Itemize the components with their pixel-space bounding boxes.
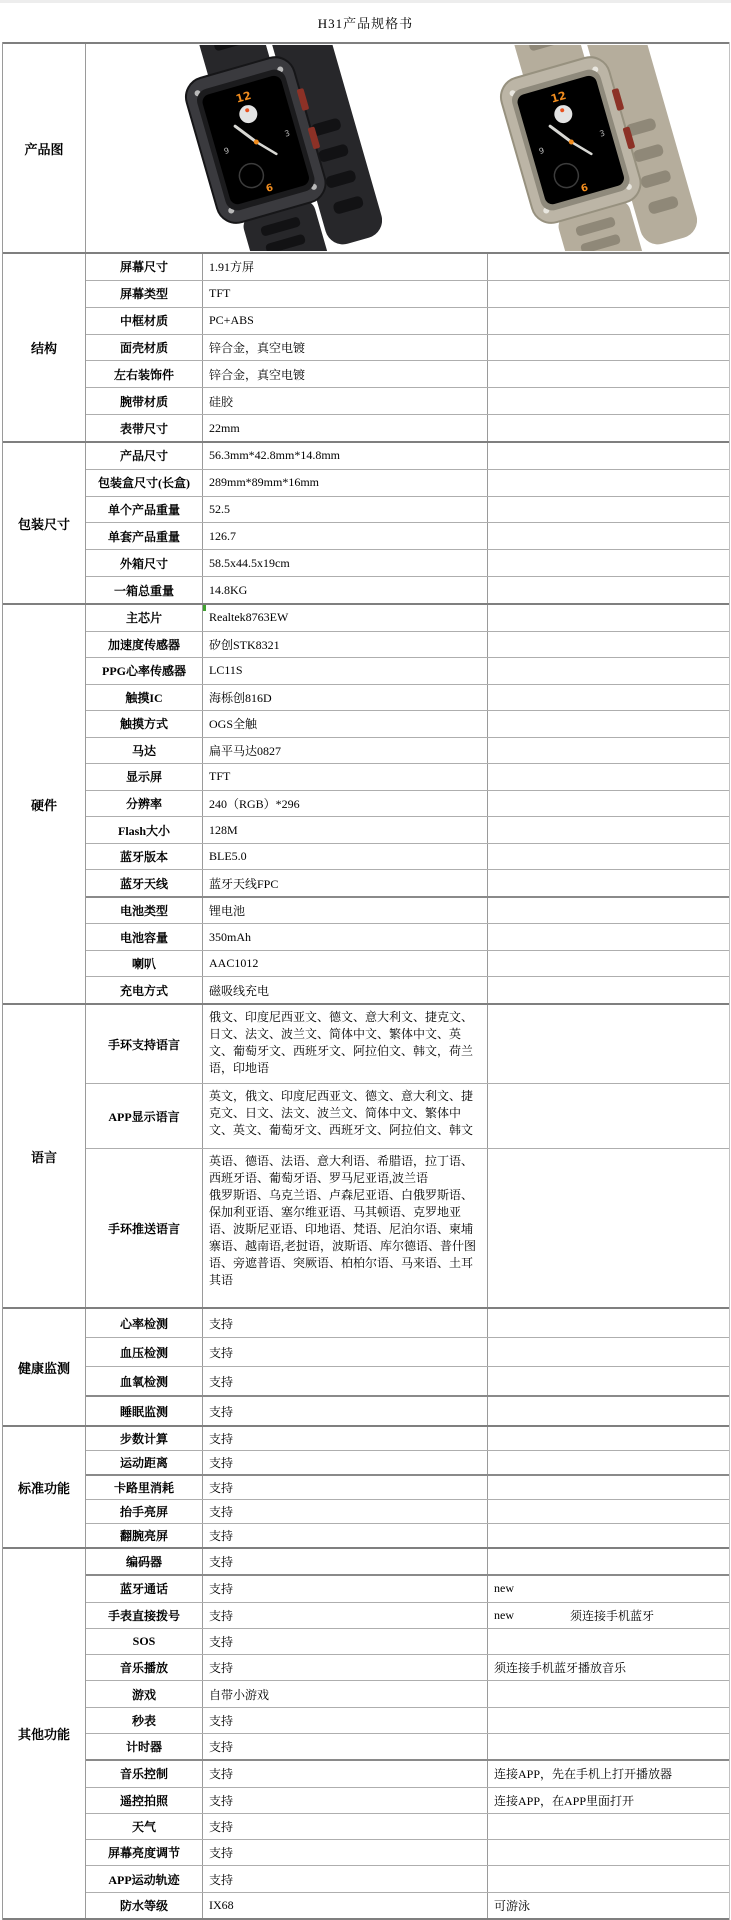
spec-note [488, 1708, 729, 1733]
section-row-5: 健康监测心率检测支持血压检测支持血氧检测支持睡眠监测支持 [3, 1307, 729, 1425]
spec-value: IX68 [203, 1893, 488, 1918]
spec-note [488, 632, 729, 658]
spec-label: Flash大小 [86, 817, 203, 843]
spec-note [488, 1427, 729, 1450]
spec-row: 屏幕亮度调节支持 [86, 1839, 729, 1865]
section-row-3: 硬件主芯片Realtek8763EW加速度传感器矽创STK8321PPG心率传感… [3, 603, 729, 1003]
spec-value: 52.5 [203, 497, 488, 523]
spec-value: 支持 [203, 1451, 488, 1474]
note-text: 可游泳 [494, 1897, 530, 1914]
spec-value: 蓝牙天线FPC [203, 870, 488, 896]
spec-label: 音乐控制 [86, 1761, 203, 1786]
spec-label: 蓝牙通话 [86, 1576, 203, 1601]
spec-value: 128M [203, 817, 488, 843]
spec-note [488, 415, 729, 441]
spec-row: 屏幕尺寸1.91方屏 [86, 254, 729, 280]
spec-note [488, 497, 729, 523]
spec-value: 350mAh [203, 924, 488, 950]
spec-value: 锌合金，真空电镀 [203, 361, 488, 387]
spec-value: 22mm [203, 415, 488, 441]
section-row-6: 标准功能步数计算支持运动距离支持卡路里消耗支持抬手亮屏支持翻腕亮屏支持 [3, 1425, 729, 1547]
product-image-khaki-watch: 12693 [447, 45, 697, 251]
spec-value: 支持 [203, 1840, 488, 1865]
spec-label: 步数计算 [86, 1427, 203, 1450]
spec-value: Realtek8763EW [203, 605, 488, 631]
spec-row: 屏幕类型TFT [86, 280, 729, 307]
note-text: new [494, 1581, 514, 1596]
section-label: 健康监测 [3, 1309, 86, 1425]
spec-row: 马达扁平马达0827 [86, 737, 729, 764]
spec-note [488, 764, 729, 790]
spec-row: SOS支持 [86, 1628, 729, 1654]
spec-label: 马达 [86, 738, 203, 764]
spec-label: 音乐播放 [86, 1655, 203, 1680]
spec-value: 支持 [203, 1549, 488, 1574]
spec-row: 遥控拍照支持连接APP，在APP里面打开 [86, 1787, 729, 1813]
spec-value: 支持 [203, 1629, 488, 1654]
page-title: H31产品规格书 [318, 13, 413, 32]
section-row-7: 其他功能编码器支持蓝牙通话支持new手表直接拨号支持new须连接手机蓝牙SOS支… [3, 1547, 729, 1920]
spec-value: 240（RGB）*296 [203, 791, 488, 817]
spec-label: 手环推送语言 [86, 1149, 203, 1307]
spec-label: 运动距离 [86, 1451, 203, 1474]
spec-note: 须连接手机蓝牙播放音乐 [488, 1655, 729, 1680]
spec-row: 步数计算支持 [86, 1427, 729, 1450]
spec-row: 睡眠监测支持 [86, 1395, 729, 1425]
spec-value: 矽创STK8321 [203, 632, 488, 658]
spec-label: 血压检测 [86, 1338, 203, 1366]
spec-row: 手环推送语言英语、德语、法语、意大利语、希腊语，拉丁语、西班牙语、葡萄牙语、罗马… [86, 1148, 729, 1307]
spec-label: 主芯片 [86, 605, 203, 631]
spec-value: 支持 [203, 1500, 488, 1523]
spec-row: 加速度传感器矽创STK8321 [86, 631, 729, 658]
spec-label: 蓝牙天线 [86, 870, 203, 896]
spec-row: 血氧检测支持 [86, 1366, 729, 1395]
spec-row: 编码器支持 [86, 1549, 729, 1574]
spec-note [488, 1629, 729, 1654]
spec-note [488, 281, 729, 307]
spec-note: 可游泳 [488, 1893, 729, 1918]
spec-note [488, 738, 729, 764]
spec-label: 显示屏 [86, 764, 203, 790]
spec-label: 腕带材质 [86, 388, 203, 414]
spec-row: 喇叭AAC1012 [86, 950, 729, 977]
spec-row: 运动距离支持 [86, 1450, 729, 1474]
spec-note [488, 1840, 729, 1865]
spec-row: 外箱尺寸58.5x44.5x19cm [86, 549, 729, 576]
spec-row: 单套产品重量126.7 [86, 522, 729, 549]
note-text: new [494, 1608, 514, 1623]
spec-value: 锂电池 [203, 898, 488, 924]
spec-value: 支持 [203, 1655, 488, 1680]
spec-table: 产品图1269312693结构屏幕尺寸1.91方屏屏幕类型TFT中框材质PC+A… [2, 42, 730, 1920]
spec-note [488, 791, 729, 817]
spec-value: 56.3mm*42.8mm*14.8mm [203, 443, 488, 469]
spec-value: 支持 [203, 1866, 488, 1891]
section-label: 结构 [3, 254, 86, 441]
spec-row: 天气支持 [86, 1813, 729, 1839]
spec-row: 手表直接拨号支持new须连接手机蓝牙 [86, 1602, 729, 1628]
spec-value: 支持 [203, 1734, 488, 1759]
spec-row: 翻腕亮屏支持 [86, 1523, 729, 1547]
spec-value: 俄文、印度尼西亚文、德文、意大利文、捷克文、日文、法文、波兰文、简体中文、繁体中… [203, 1005, 488, 1083]
spec-row: 面壳材质锌合金，真空电镀 [86, 334, 729, 361]
spec-note [488, 1451, 729, 1474]
section-rows: 主芯片Realtek8763EW加速度传感器矽创STK8321PPG心率传感器L… [86, 605, 729, 1003]
spec-label: 屏幕类型 [86, 281, 203, 307]
spec-note [488, 898, 729, 924]
spec-label: 手环支持语言 [86, 1005, 203, 1083]
spec-row: 显示屏TFT [86, 763, 729, 790]
spec-row: Flash大小128M [86, 816, 729, 843]
spec-row: 血压检测支持 [86, 1337, 729, 1366]
spec-row: 音乐控制支持连接APP，先在手机上打开播放器 [86, 1759, 729, 1786]
spec-note [488, 254, 729, 280]
section-rows: 手环支持语言俄文、印度尼西亚文、德文、意大利文、捷克文、日文、法文、波兰文、简体… [86, 1005, 729, 1307]
note-text: 连接APP，先在手机上打开播放器 [494, 1765, 672, 1782]
spec-row: 电池类型锂电池 [86, 896, 729, 924]
spec-label: 包装盒尺寸(长盒) [86, 470, 203, 496]
spec-label: 电池类型 [86, 898, 203, 924]
spec-note: 连接APP，在APP里面打开 [488, 1788, 729, 1813]
spec-value: 自带小游戏 [203, 1681, 488, 1706]
spec-note [488, 1309, 729, 1337]
spec-note [488, 550, 729, 576]
spec-label: 分辨率 [86, 791, 203, 817]
spec-label: 计时器 [86, 1734, 203, 1759]
spec-note [488, 605, 729, 631]
section-label: 标准功能 [3, 1427, 86, 1547]
spec-value: 支持 [203, 1427, 488, 1450]
spec-value: 支持 [203, 1476, 488, 1499]
spec-row: APP运动轨迹支持 [86, 1865, 729, 1891]
spec-row: 表带尺寸22mm [86, 414, 729, 441]
spec-value: AAC1012 [203, 951, 488, 977]
spec-note [488, 1681, 729, 1706]
spec-row: 单个产品重量52.5 [86, 496, 729, 523]
spec-label: 充电方式 [86, 977, 203, 1003]
spec-note [488, 1397, 729, 1425]
spec-value: 海栎创816D [203, 685, 488, 711]
spec-row: 蓝牙版本BLE5.0 [86, 843, 729, 870]
spec-label: 单个产品重量 [86, 497, 203, 523]
spec-label: 翻腕亮屏 [86, 1524, 203, 1547]
spec-row: 分辨率240（RGB）*296 [86, 790, 729, 817]
spec-note: new须连接手机蓝牙 [488, 1603, 729, 1628]
spec-label: 血氧检测 [86, 1367, 203, 1395]
spec-note [488, 1338, 729, 1366]
spec-label: 睡眠监测 [86, 1397, 203, 1425]
spec-row: 心率检测支持 [86, 1309, 729, 1337]
section-label: 其他功能 [3, 1549, 86, 1918]
spec-note [488, 685, 729, 711]
spec-value: 支持 [203, 1788, 488, 1813]
spec-note [488, 1814, 729, 1839]
spec-note [488, 1524, 729, 1547]
sheet-title-row: H31产品规格书 [0, 3, 731, 42]
spec-value: 289mm*89mm*16mm [203, 470, 488, 496]
spec-label: 触摸方式 [86, 711, 203, 737]
spec-row: 计时器支持 [86, 1733, 729, 1759]
spec-value: OGS全触 [203, 711, 488, 737]
spec-value: 英语、德语、法语、意大利语、希腊语，拉丁语、西班牙语、葡萄牙语、罗马尼亚语,波兰… [203, 1149, 488, 1307]
spec-row: 卡路里消耗支持 [86, 1474, 729, 1499]
spec-row: 充电方式磁吸线充电 [86, 976, 729, 1003]
spec-note: new [488, 1576, 729, 1601]
section-row-0: 产品图1269312693 [3, 42, 729, 252]
spec-row: APP显示语言英文，俄文、印度尼西亚文、德文、意大利文、捷克文、日文、法文、波兰… [86, 1083, 729, 1148]
spec-row: 电池容量350mAh [86, 923, 729, 950]
spec-label: APP显示语言 [86, 1084, 203, 1148]
spec-row: 左右装饰件锌合金，真空电镀 [86, 360, 729, 387]
spec-value: 硅胶 [203, 388, 488, 414]
product-image-black-watch: 12693 [132, 45, 382, 251]
spec-value: 58.5x44.5x19cm [203, 550, 488, 576]
spec-label: 触摸IC [86, 685, 203, 711]
spec-note [488, 1084, 729, 1148]
spec-value: BLE5.0 [203, 844, 488, 870]
spec-value: LC11S [203, 658, 488, 684]
spec-label: 屏幕尺寸 [86, 254, 203, 280]
spec-row: 蓝牙天线蓝牙天线FPC [86, 869, 729, 896]
spec-label: 加速度传感器 [86, 632, 203, 658]
spec-value: PC+ABS [203, 308, 488, 334]
spec-note [488, 577, 729, 603]
spec-row: 蓝牙通话支持new [86, 1574, 729, 1601]
spec-value: 磁吸线充电 [203, 977, 488, 1003]
spec-value: 支持 [203, 1524, 488, 1547]
spec-label: 喇叭 [86, 951, 203, 977]
section-label: 包装尺寸 [3, 443, 86, 603]
section-rows: 心率检测支持血压检测支持血氧检测支持睡眠监测支持 [86, 1309, 729, 1425]
section-rows: 步数计算支持运动距离支持卡路里消耗支持抬手亮屏支持翻腕亮屏支持 [86, 1427, 729, 1547]
section-label: 产品图 [3, 44, 86, 252]
spec-label: 电池容量 [86, 924, 203, 950]
spec-label: 卡路里消耗 [86, 1476, 203, 1499]
spec-row: 防水等级IX68可游泳 [86, 1892, 729, 1918]
spec-label: 防水等级 [86, 1893, 203, 1918]
spec-row: PPG心率传感器LC11S [86, 657, 729, 684]
spec-note [488, 924, 729, 950]
spec-note [488, 1005, 729, 1083]
section-label: 硬件 [3, 605, 86, 1003]
spec-note: 连接APP，先在手机上打开播放器 [488, 1761, 729, 1786]
spec-value: 支持 [203, 1338, 488, 1366]
note-text: 连接APP，在APP里面打开 [494, 1792, 634, 1809]
spec-value: 支持 [203, 1603, 488, 1628]
spec-note [488, 1866, 729, 1891]
spec-row: 手环支持语言俄文、印度尼西亚文、德文、意大利文、捷克文、日文、法文、波兰文、简体… [86, 1005, 729, 1083]
spec-label: 屏幕亮度调节 [86, 1840, 203, 1865]
spec-label: 中框材质 [86, 308, 203, 334]
spec-value: 1.91方屏 [203, 254, 488, 280]
section-row-4: 语言手环支持语言俄文、印度尼西亚文、德文、意大利文、捷克文、日文、法文、波兰文、… [3, 1003, 729, 1307]
spec-value: TFT [203, 281, 488, 307]
spec-note [488, 711, 729, 737]
spec-label: 手表直接拨号 [86, 1603, 203, 1628]
spec-note [488, 388, 729, 414]
section-row-1: 结构屏幕尺寸1.91方屏屏幕类型TFT中框材质PC+ABS面壳材质锌合金，真空电… [3, 252, 729, 441]
comment-marker [203, 605, 206, 611]
spec-label: 面壳材质 [86, 335, 203, 361]
section-row-2: 包装尺寸产品尺寸56.3mm*42.8mm*14.8mm包装盒尺寸(长盒)289… [3, 441, 729, 603]
section-rows: 编码器支持蓝牙通话支持new手表直接拨号支持new须连接手机蓝牙SOS支持音乐播… [86, 1549, 729, 1918]
spec-note [488, 1734, 729, 1759]
spec-value: 14.8KG [203, 577, 488, 603]
spec-row: 秒表支持 [86, 1707, 729, 1733]
note-extra-text: 须连接手机蓝牙 [570, 1607, 654, 1624]
spec-note [488, 1476, 729, 1499]
spec-value: 支持 [203, 1397, 488, 1425]
spec-note [488, 977, 729, 1003]
spec-note [488, 361, 729, 387]
spec-note [488, 470, 729, 496]
spec-row: 游戏自带小游戏 [86, 1680, 729, 1706]
spec-value: 支持 [203, 1309, 488, 1337]
spec-note [488, 308, 729, 334]
spec-value: 支持 [203, 1814, 488, 1839]
spec-row: 触摸IC海栎创816D [86, 684, 729, 711]
spec-label: 一箱总重量 [86, 577, 203, 603]
spec-value: TFT [203, 764, 488, 790]
spec-label: 游戏 [86, 1681, 203, 1706]
note-text: 须连接手机蓝牙播放音乐 [494, 1659, 626, 1676]
spec-label: 抬手亮屏 [86, 1500, 203, 1523]
spec-value: 支持 [203, 1576, 488, 1601]
spec-note [488, 523, 729, 549]
spec-row: 主芯片Realtek8763EW [86, 605, 729, 631]
spec-row: 音乐播放支持须连接手机蓝牙播放音乐 [86, 1654, 729, 1680]
spec-label: 产品尺寸 [86, 443, 203, 469]
spec-label: 天气 [86, 1814, 203, 1839]
spec-label: 单套产品重量 [86, 523, 203, 549]
spec-label: 外箱尺寸 [86, 550, 203, 576]
spec-row: 中框材质PC+ABS [86, 307, 729, 334]
spec-label: 遥控拍照 [86, 1788, 203, 1813]
spec-label: 蓝牙版本 [86, 844, 203, 870]
spec-row: 触摸方式OGS全触 [86, 710, 729, 737]
spec-label: 表带尺寸 [86, 415, 203, 441]
spec-label: 秒表 [86, 1708, 203, 1733]
spec-note [488, 335, 729, 361]
product-images-cell: 1269312693 [86, 44, 729, 252]
spec-value: 扁平马达0827 [203, 738, 488, 764]
spec-note [488, 658, 729, 684]
spec-note [488, 951, 729, 977]
spec-note [488, 1367, 729, 1395]
spec-value: 支持 [203, 1761, 488, 1786]
spec-value: 锌合金，真空电镀 [203, 335, 488, 361]
spec-note [488, 817, 729, 843]
spec-note [488, 1500, 729, 1523]
spec-row: 产品尺寸56.3mm*42.8mm*14.8mm [86, 443, 729, 469]
spec-label: 编码器 [86, 1549, 203, 1574]
spec-note [488, 443, 729, 469]
spec-label: SOS [86, 1629, 203, 1654]
spec-label: 左右装饰件 [86, 361, 203, 387]
spec-value: 支持 [203, 1708, 488, 1733]
spec-value: 英文，俄文、印度尼西亚文、德文、意大利文、捷克文、日文、法文、波兰文、简体中文、… [203, 1084, 488, 1148]
spec-note [488, 844, 729, 870]
spec-note [488, 870, 729, 896]
spec-label: 心率检测 [86, 1309, 203, 1337]
spec-note [488, 1549, 729, 1574]
spec-row: 包装盒尺寸(长盒)289mm*89mm*16mm [86, 469, 729, 496]
spec-row: 抬手亮屏支持 [86, 1499, 729, 1523]
spec-label: APP运动轨迹 [86, 1866, 203, 1891]
spec-note [488, 1149, 729, 1307]
spec-value: 支持 [203, 1367, 488, 1395]
spec-row: 一箱总重量14.8KG [86, 576, 729, 603]
section-label: 语言 [3, 1005, 86, 1307]
section-rows: 产品尺寸56.3mm*42.8mm*14.8mm包装盒尺寸(长盒)289mm*8… [86, 443, 729, 603]
section-rows: 屏幕尺寸1.91方屏屏幕类型TFT中框材质PC+ABS面壳材质锌合金，真空电镀左… [86, 254, 729, 441]
spec-row: 腕带材质硅胶 [86, 387, 729, 414]
spec-sheet: H31产品规格书 产品图1269312693结构屏幕尺寸1.91方屏屏幕类型TF… [0, 0, 731, 1920]
spec-value: 126.7 [203, 523, 488, 549]
spec-label: PPG心率传感器 [86, 658, 203, 684]
